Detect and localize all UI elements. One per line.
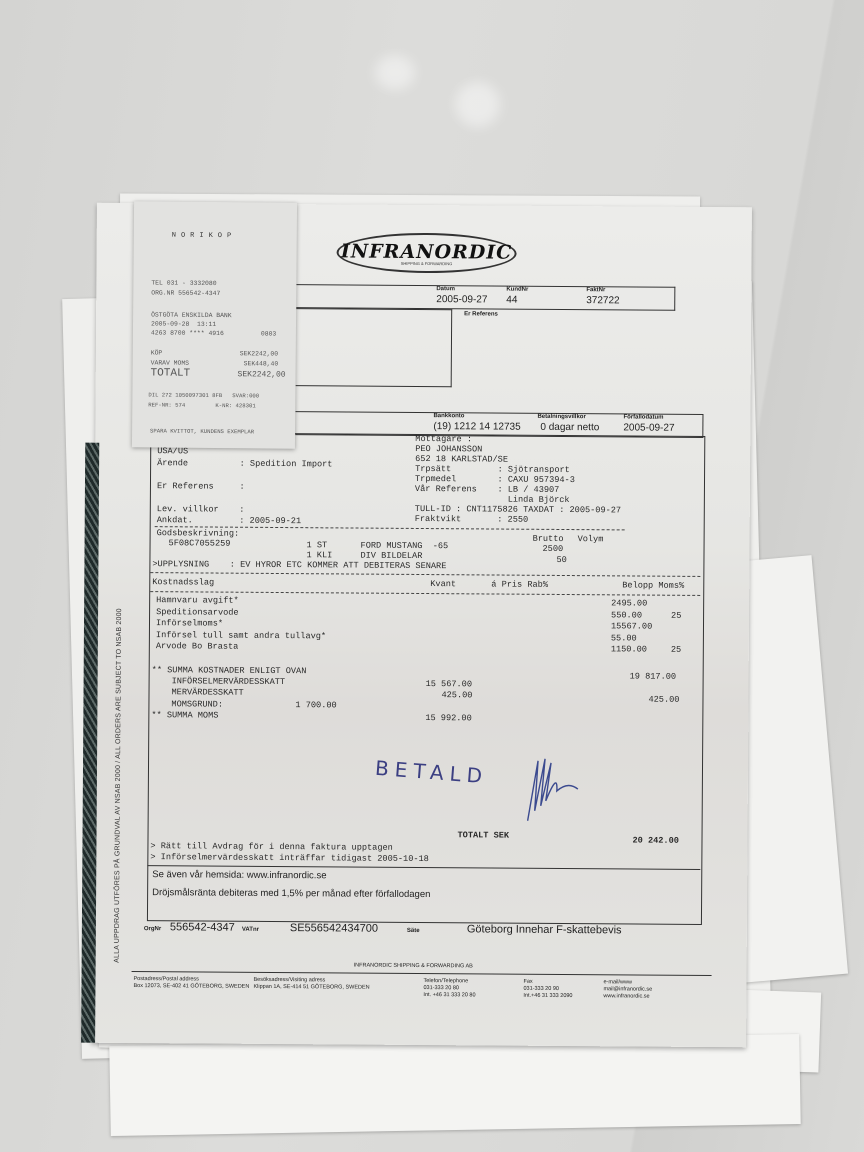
footer-column: Postadress/Postal addressBox 12073, SE-4… xyxy=(133,976,249,991)
footer-column: e-mail/wwwmail@infranordic.sewww.infrano… xyxy=(603,979,652,1000)
footer-column: Fax031-333 20 90Int.+46 31 333 2090 xyxy=(523,979,572,1000)
void-security-stripe xyxy=(81,443,99,1043)
receipt-total: SEK2242,00 xyxy=(238,370,286,379)
company-name: INFRANORDIC SHIPPING & FORWARDING AB xyxy=(354,963,473,971)
goods-title: Godsbeskrivning: xyxy=(157,528,240,539)
receipt-store: NORIKOP xyxy=(172,232,236,241)
shipment-details-left: USA/USÄrende : Spedition Import Er Refer… xyxy=(157,446,333,528)
customer-number: 44 xyxy=(506,295,517,306)
invoice-date: 2005-09-27 xyxy=(436,294,487,305)
card-receipt: NORIKOP TEL 031 - 3332080 ORG.NR 556542-… xyxy=(132,201,297,448)
interest-line: Dröjsmålsränta debiteras med 1,5% per må… xyxy=(152,887,430,900)
signature-icon xyxy=(513,751,584,826)
surface-smudge xyxy=(375,55,415,90)
due-date: 2005-09-27 xyxy=(623,422,674,433)
divider xyxy=(132,971,712,976)
sum-costs: 19 817.00 xyxy=(630,671,676,681)
bank-account: (19) 1212 14 12735 xyxy=(433,421,520,433)
info-line: >UPPLYSNING : EV HYROR ETC KOMMER ATT DE… xyxy=(152,559,446,571)
goods-reference: 5F08C7055259 xyxy=(169,538,231,548)
footer-contact-columns: Postadress/Postal addressBox 12073, SE-4… xyxy=(134,976,714,980)
payment-terms: 0 dagar netto xyxy=(540,422,599,433)
goods-item: DIV BILDELAR xyxy=(360,551,422,561)
invoice-number: 372722 xyxy=(586,295,619,306)
terms-side-text: ALLA UPPDRAG UTFÖRES PÅ GRUNDVAL AV NSAB… xyxy=(114,608,123,963)
footer-column: Besöksadress/Visiting adressKlippan 1A, … xyxy=(253,977,369,992)
recipient-details: Mottagare :PEO JOHANSSON652 18 KARLSTAD/… xyxy=(415,434,622,525)
goods-item: FORD MUSTANG -65 xyxy=(361,541,449,552)
sum-vat: 15 992.00 xyxy=(425,713,471,723)
cost-table: Hamnvaru avgift*2495.00Speditionsarvode5… xyxy=(156,595,696,656)
stacked-paper xyxy=(109,1034,800,1136)
invoice-total: 20 242.00 xyxy=(632,835,678,845)
footer-column: Telefon/Telephone031-333 20 80Int. +46 3… xyxy=(423,978,475,999)
company-logo: INFRANORDIC SHIPPING & FORWARDING xyxy=(336,232,516,273)
surface-smudge xyxy=(455,82,500,127)
website-line: Se även vår hemsida: www.infranordic.se xyxy=(152,869,326,881)
address-window-box xyxy=(296,308,453,387)
